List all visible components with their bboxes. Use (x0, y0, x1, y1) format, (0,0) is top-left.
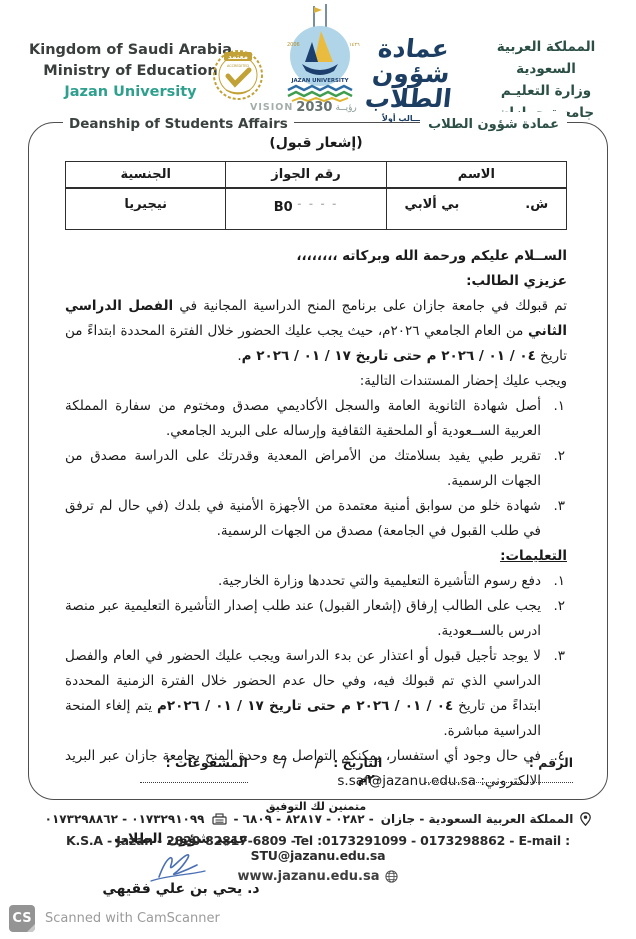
letter-frame: Deanship of Students Affairs عمادة شؤون … (28, 122, 608, 800)
address-numbers-ar: - ٠٢٨٢ - ٨٢٨١٧ - ٦٨٠٩ - (234, 812, 374, 826)
attachments-field: المشفوعات : (59, 755, 248, 787)
ministry-line-ar: وزارة التعليـم (466, 80, 626, 102)
logo-university-en: JAZAN UNIVERSITY (290, 78, 348, 84)
cell-name: ش.بي ألابي (386, 188, 566, 230)
header-arabic: المملكة العربية السعودية وزارة التعليـم … (466, 36, 626, 124)
ministry-line: Ministry of Education (28, 61, 233, 82)
cell-nationality: نيجيريا (66, 188, 226, 230)
table-row: ش.بي ألابي B0 - - - - نيجيريا (66, 188, 567, 230)
passport-masked: - - - - (297, 199, 338, 210)
website-line: www.jazanu.edu.sa (0, 869, 636, 884)
instruction-item-1: ١.دفع رسوم التأشيرة التعليمية والتي تحدد… (65, 569, 567, 594)
col-header-name: الاسم (386, 162, 566, 189)
calligraphy-text: عمادة شؤون الطلاب (348, 36, 474, 111)
university-line-en: Jazan University (28, 82, 233, 103)
vision-year: 2030 (296, 100, 332, 115)
contact-line-arabic: ٠١٧٣٢٩١٠٩٩ - ٠١٧٣٢٩٨٨٦٢ - ٠٢٨٢ - ٨٢٨١٧ -… (0, 812, 636, 826)
acceptance-paragraph: تم قبولك في جامعة جازان على برنامج المنح… (65, 294, 567, 369)
website-url: www.jazanu.edu.sa (238, 869, 380, 884)
seal-accredited-en: ACCREDITED (227, 64, 249, 68)
col-header-nationality: الجنسية (66, 162, 226, 189)
location-pin-icon (580, 812, 591, 826)
fax-icon (212, 813, 227, 825)
kingdom-line-ar: المملكة العربية السعودية (466, 36, 626, 80)
header-english: Kingdom of Saudi Arabia Ministry of Educ… (28, 40, 233, 103)
instructions-title: التعليمات: (65, 544, 567, 569)
passport-value: B0 (274, 200, 293, 215)
logo-year-gregorian: 2006 (287, 42, 300, 48)
instruction-item-3: ٣.لا يوجد تأجيل قبول أو اعتذار عن بدء ال… (65, 644, 567, 744)
documents-intro: ويجب عليك إحضار المستندات التالية: (65, 369, 567, 394)
form-footer: الرقم : التاريخ ://٢٠م المشفوعات : (59, 755, 573, 787)
doc-item-1: ١.أصل شهادة الثانوية العامة والسجل الأكا… (65, 394, 567, 444)
camscanner-bar: CS Scanned with CamScanner (0, 897, 636, 939)
ref-number-field: الرقم : (382, 755, 573, 787)
camscanner-logo-icon: CS (9, 905, 35, 932)
kingdom-line: Kingdom of Saudi Arabia (28, 40, 233, 61)
address-ar: المملكة العربية السعودية - جازان (381, 812, 574, 826)
dear-student: عزيزي الطالب: (65, 269, 567, 294)
accredited-seal-icon: معتمد ACCREDITED (212, 46, 264, 106)
doc-item-3: ٣.شهادة خلو من سوابق أمنية معتمدة من الأ… (65, 494, 567, 544)
scanned-letter-page: Kingdom of Saudi Arabia Ministry of Educ… (0, 0, 636, 939)
name-prefix: ش. (525, 197, 548, 212)
contact-line-english: K.S.A - Jazan - 2820-82817-6809 -Tel :01… (0, 833, 636, 863)
name-rest: بي ألابي (405, 197, 460, 212)
doc-item-2: ٢.تقرير طبي يفيد بسلامتك من الأمراض المع… (65, 444, 567, 494)
contact-footer: ٠١٧٣٢٩١٠٩٩ - ٠١٧٣٢٩٨٨٦٢ - ٠٢٨٢ - ٨٢٨١٧ -… (0, 812, 636, 884)
salutation: الســلام عليكم ورحمة الله وبركاته ،،،،،،… (65, 244, 567, 269)
cell-passport: B0 - - - - (226, 188, 386, 230)
deanship-label-en: Deanship of Students Affairs (63, 112, 294, 137)
seal-accredited-ar: معتمد (228, 53, 248, 61)
col-header-passport: رقم الجواز (226, 162, 386, 189)
globe-icon (385, 870, 398, 883)
camscanner-label: Scanned with CamScanner (45, 911, 220, 926)
phone-numbers-ar: ٠١٧٣٢٩١٠٩٩ - ٠١٧٣٢٩٨٨٦٢ (45, 812, 205, 826)
deanship-label-ar: عمادة شؤون الطلاب (420, 112, 567, 137)
student-info-table: الاسم رقم الجواز الجنسية ش.بي ألابي B0 -… (65, 161, 567, 230)
date-field: التاريخ ://٢٠م (248, 755, 383, 787)
deanship-calligraphy-logo: عمادة شؤون الطلاب الطـــــالب أولاً (352, 36, 470, 123)
instruction-item-2: ٢.يجب على الطالب إرفاق (إشعار القبول) عن… (65, 594, 567, 644)
